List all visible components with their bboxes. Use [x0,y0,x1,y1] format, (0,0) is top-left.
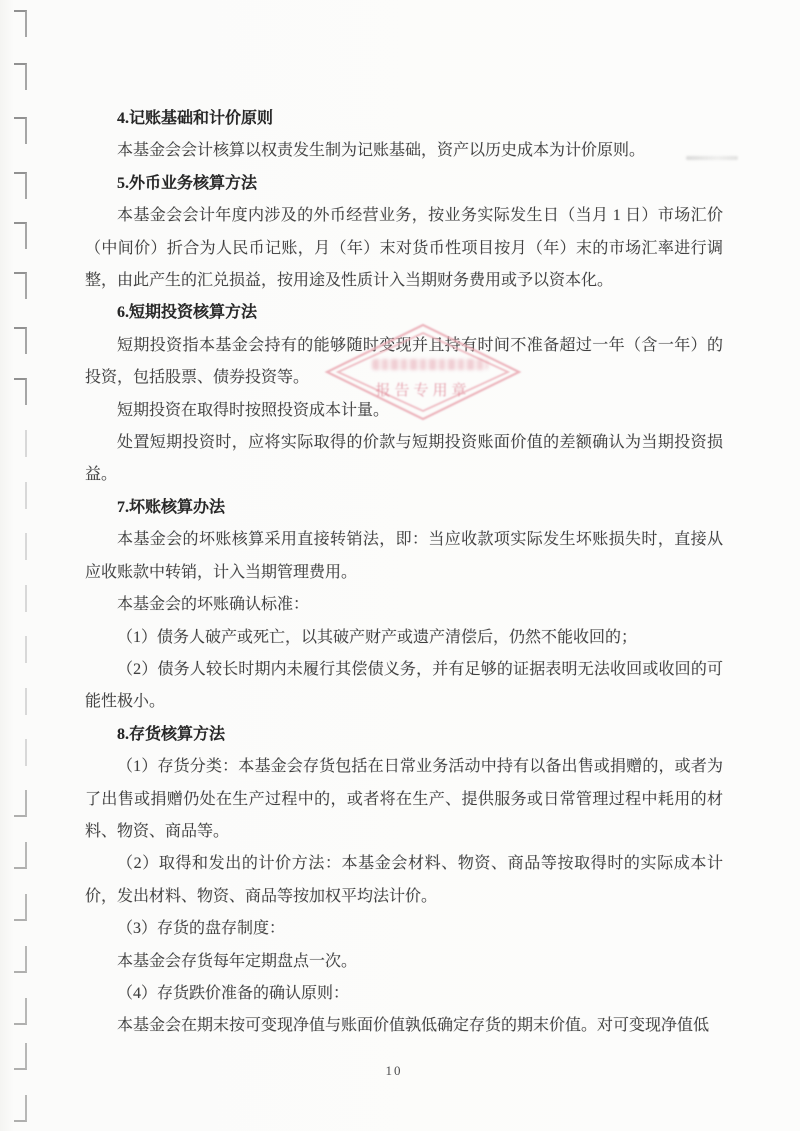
document-body: 4.记账基础和计价原则本基金会会计核算以权责发生制为记账基础，资产以历史成本为计… [85,103,723,1043]
paragraph: 本基金会会计年度内涉及的外币经营业务，按业务实际发生日（当月 1 日）市场汇价（… [85,200,723,297]
paragraph: 短期投资指本基金会持有的能够随时变现并且持有时间不准备超过一年（含一年）的投资，… [85,330,723,395]
binding-mark [14,946,27,973]
binding-mark [14,117,27,144]
section-heading: 7.坏账核算办法 [85,492,723,524]
section-heading: 4.记账基础和计价原则 [85,103,723,135]
paragraph: 本基金会会计核算以权责发生制为记账基础，资产以历史成本为计价原则。 [85,135,723,167]
binding-mark [14,739,27,766]
binding-mark [14,482,27,509]
paragraph: 本基金会的坏账核算采用直接转销法，即：当应收款项实际发生坏账损失时，直接从应收账… [85,524,723,589]
paragraph: 本基金会的坏账确认标准： [85,589,723,621]
paragraph: （1）存货分类：本基金会存货包括在日常业务活动中持有以备出售或捐赠的，或者为了出… [85,751,723,848]
binding-mark [14,378,27,405]
section-heading: 8.存货核算方法 [85,719,723,751]
binding-mark [14,1095,27,1122]
binding-marks [0,0,40,1131]
document-page: 4.记账基础和计价原则本基金会会计核算以权责发生制为记账基础，资产以历史成本为计… [0,0,800,1131]
paragraph: （3）存货的盘存制度： [85,913,723,945]
binding-mark [14,790,27,817]
binding-mark [14,10,27,37]
binding-mark [14,894,27,921]
binding-mark [14,998,27,1025]
binding-mark [14,430,27,457]
paragraph: （4）存货跌价准备的确认原则： [85,978,723,1010]
paragraph: 处置短期投资时，应将实际取得的价款与短期投资账面价值的差额确认为当期投资损益。 [85,427,723,492]
paragraph: （2）债务人较长时期内未履行其偿债义务，并有足够的证据表明无法收回或收回的可能性… [85,654,723,719]
binding-mark [14,688,27,715]
binding-mark [14,327,27,354]
page-number: 10 [0,1063,788,1079]
binding-mark [14,842,27,869]
binding-mark [14,272,27,299]
paragraph: 本基金会在期末按可变现净值与账面价值孰低确定存货的期末价值。对可变现净值低 [85,1010,723,1042]
section-heading: 6.短期投资核算方法 [85,297,723,329]
paragraph: （1）债务人破产或死亡，以其破产财产或遗产清偿后，仍然不能收回的； [85,622,723,654]
paragraph: （2）取得和发出的计价方法：本基金会材料、物资、商品等按取得时的实际成本计价，发… [85,848,723,913]
binding-mark [14,63,27,90]
paragraph: 短期投资在取得时按照投资成本计量。 [85,395,723,427]
paragraph: 本基金会存货每年定期盘点一次。 [85,946,723,978]
binding-mark [14,222,27,249]
scan-artifact [686,156,738,160]
binding-mark [14,172,27,199]
binding-mark [14,533,27,560]
section-heading: 5.外币业务核算方法 [85,168,723,200]
binding-mark [14,585,27,612]
binding-mark [14,636,27,663]
